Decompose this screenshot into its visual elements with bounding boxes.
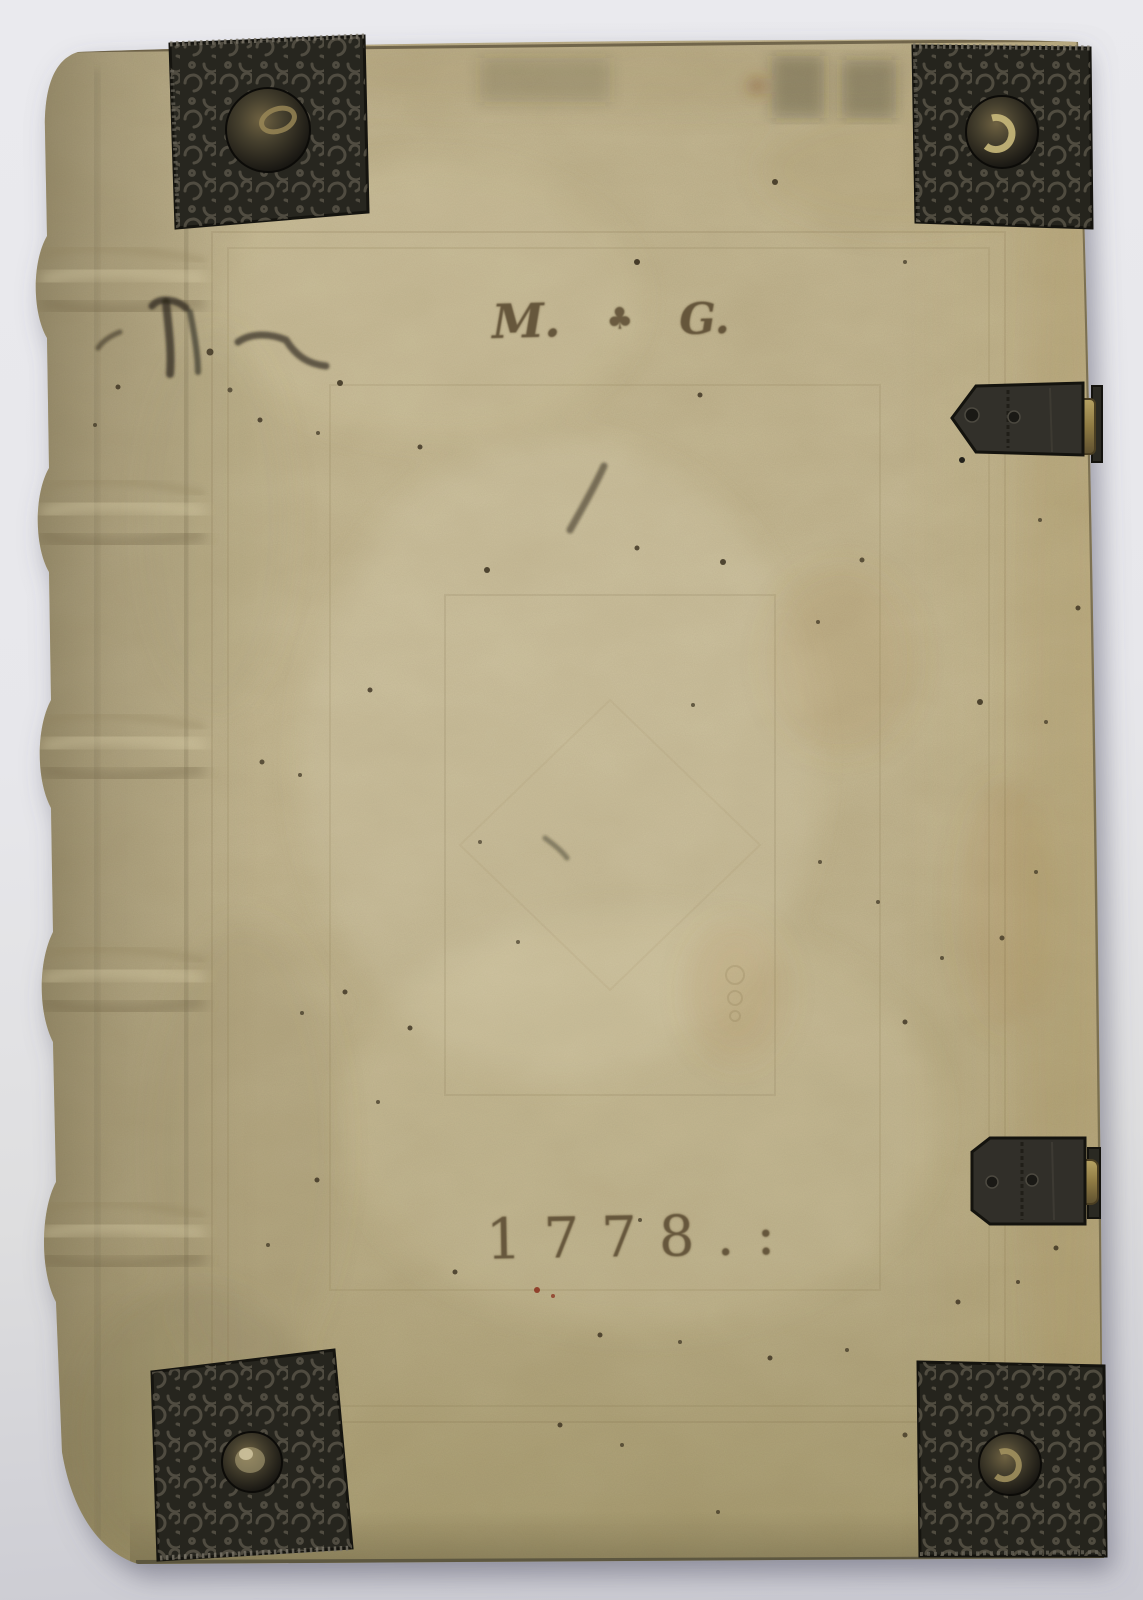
rivet: [965, 408, 979, 422]
clasp-lower: [972, 1138, 1100, 1224]
rivet: [1008, 411, 1020, 423]
year-stamp: 1778.:: [486, 1207, 798, 1268]
spine: [28, 36, 258, 1576]
photo-of-antique-book: M. ♣ G. 1778.:: [0, 0, 1143, 1600]
boss-stud: [979, 1433, 1041, 1495]
boss-stud: [966, 96, 1038, 168]
initial-right: G.: [679, 298, 730, 342]
corner-plate-bottom-right: [918, 1362, 1106, 1556]
initial-left: M.: [491, 297, 561, 346]
clasp-upper: [952, 383, 1102, 463]
corner-plate-top-right: [913, 46, 1092, 228]
rivet: [1026, 1174, 1038, 1186]
corner-plate-top-left: [170, 36, 368, 228]
owner-initials-stamp: M. ♣ G.: [491, 293, 730, 347]
book-illustration: [0, 0, 1143, 1600]
red-speck: [534, 1287, 540, 1293]
fleuron-icon: ♣: [606, 304, 634, 335]
rivet: [986, 1176, 998, 1188]
corner-plate-bottom-left: [152, 1350, 352, 1560]
